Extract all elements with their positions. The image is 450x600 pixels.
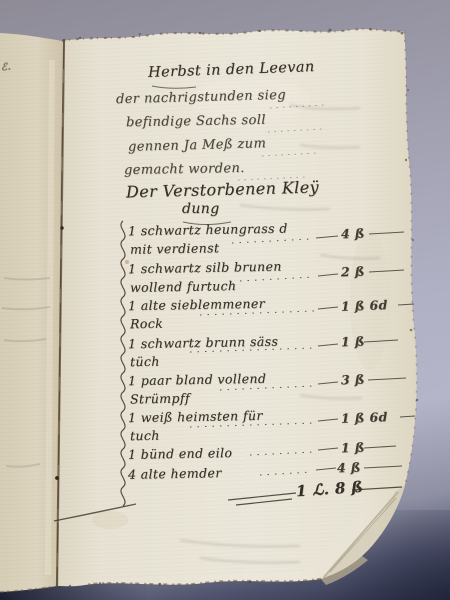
- item-line: tuch: [130, 428, 160, 444]
- item-line: 1 schwartz heungrass d: [128, 221, 288, 239]
- section-title-line1: Der Verstorbenen Kleÿ: [126, 177, 319, 201]
- item-line: mit verdienst: [130, 240, 220, 257]
- section-title-line2: dung: [182, 201, 220, 217]
- item-amount: 2 ß: [341, 264, 365, 280]
- intro-line: befindige Sachs soll: [126, 113, 266, 130]
- item-line: wollend furtuch: [130, 278, 237, 295]
- item-amount: 1 ß 6d: [341, 409, 388, 426]
- margin-ink-mark: ℰ.: [1, 62, 12, 74]
- item-line: Strümpff: [130, 390, 190, 406]
- page-heading: Herbst in den Leevan: [148, 59, 315, 81]
- item-line: tüch: [130, 354, 160, 370]
- handwriting-layer: ℰ. Herbst in den Leevan der nachrigstund…: [0, 0, 450, 600]
- item-amount: 1 ß: [341, 440, 365, 456]
- item-line: 1 schwartz silb brunen: [128, 259, 282, 277]
- item-line: 1 weiß heimsten für: [128, 408, 263, 425]
- item-line: 1 alte sieblemmener: [128, 296, 265, 313]
- intro-line: gennen Ja Meß zum: [128, 136, 267, 155]
- item-line: 1 paar bland vollend: [128, 371, 267, 388]
- item-line: Rock: [130, 316, 163, 332]
- item-line: 1 bünd end eilo: [128, 445, 233, 462]
- intro-line: der nachrigstunden sieg: [116, 88, 286, 107]
- total-amount: 1 ℒ. 8 ß: [295, 478, 363, 501]
- item-line: 4 alte hemder: [128, 465, 222, 482]
- item-amount: 4 ß: [341, 226, 365, 242]
- intro-line: gemacht worden.: [124, 161, 245, 178]
- manuscript-photo: ℰ. Herbst in den Leevan der nachrigstund…: [0, 0, 450, 600]
- item-line: 1 schwartz brunn säss: [128, 334, 279, 352]
- item-amount: 1 ß: [341, 334, 365, 350]
- item-amount: 1 ß 6d: [341, 297, 388, 314]
- item-amount: 3 ß: [341, 372, 365, 388]
- item-amount: 4 ß: [337, 460, 361, 476]
